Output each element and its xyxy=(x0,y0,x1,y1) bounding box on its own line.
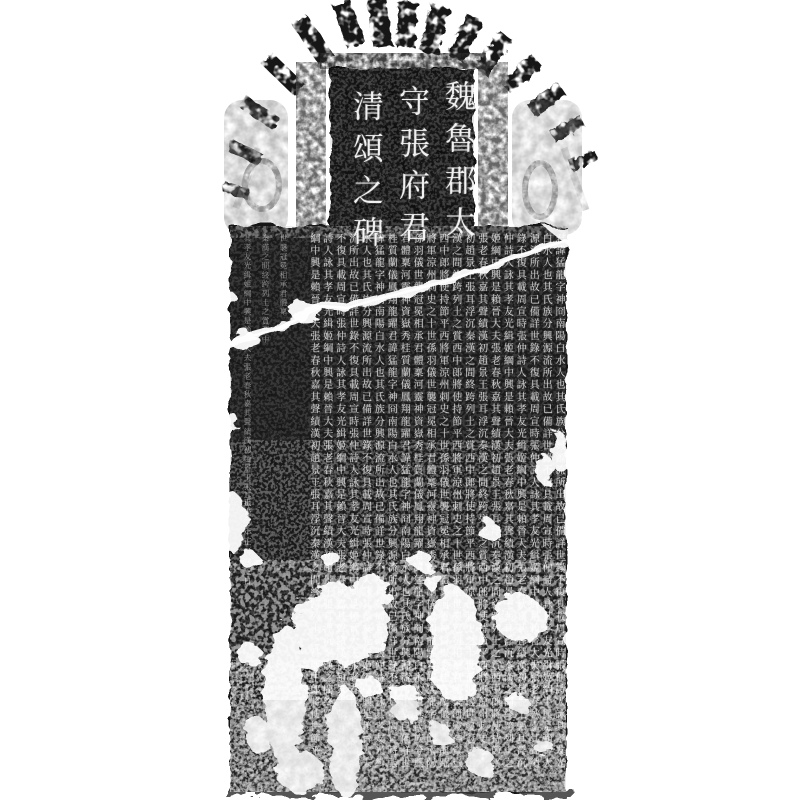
title-column-2: 守張府君 xyxy=(390,85,426,253)
inscription-column: 漢之間終跨列土之賞西中郎將使持節平西將軍涼州刺史之十世孫羽儀世襲冠冕相承君體稟河… xyxy=(447,233,460,770)
inscription-column: 姬綱中興是賴晉大夫張老春秋嘉其聲績漢初趙景王張耳浮沉秦漢之間終跨列土之賞西中郎將… xyxy=(486,233,499,770)
inscription-column: 不復具載周宣時張仲詩人詠其孝友光緝姬綱中興是賴晉大夫張老春秋嘉其聲績漢初趙景王張… xyxy=(331,233,344,770)
inscription-column: 詩人詠其孝友光緝姬綱中興是賴晉大夫張老春秋嘉其聲績漢初趙景王張耳浮沉秦漢之間終跨… xyxy=(318,233,331,770)
inscription-column: 西中郎將使持節平西將軍涼州刺史之十世孫羽儀世襲冠冕相承君體稟河靈神資嶽秀桂質蘭儀… xyxy=(434,233,447,770)
inscription-column: 桂質蘭儀鳳翔龍躍君諱猛龍字神冏南陽白水人也其氏族分興源流所出故已備詳世錄不復具載… xyxy=(382,233,395,770)
inscription-column: 源流所出故已備詳世錄不復具載周宣時張仲詩人詠其孝友光緝姬綱中興是賴晉大夫張老春秋… xyxy=(524,233,537,770)
side-inscription-column: 秦漢之間終跨列土之賞西中 xyxy=(259,234,269,344)
inscription-column: 君體稟河靈神資嶽秀桂質蘭儀鳳翔龍躍君諱猛龍字神冏南陽白水人也其氏族分興源流所出故… xyxy=(395,233,408,770)
inscription-column: 張老春秋嘉其聲績漢初趙景王張耳浮沉秦漢之間終跨列土之賞西中郎將使持節平西將軍涼州… xyxy=(473,233,486,770)
inscription-column: 綱中興是賴晉大夫張老春秋嘉其聲績漢初趙景王張耳浮沉秦漢之間終跨列土之賞西中郎將使… xyxy=(305,233,318,770)
side-inscription-column: 其孝友光緝姬綱中興是賴晉大夫張老春秋嘉其聲績漢初趙景王張耳浮 xyxy=(241,234,251,510)
inscription-column: 將軍涼州刺史之十世孫羽儀世襲冠冕相承君體稟河靈神資嶽秀桂質蘭儀鳳翔龍躍君諱猛龍字… xyxy=(421,233,434,770)
inscription-column: 初趙景王張耳浮沉秦漢之間終跨列土之賞西中郎將使持節平西將軍涼州刺史之十世孫羽儀世… xyxy=(460,233,473,770)
inscription-text-layer: 魏魯郡太 守張府君 清頌之碑 君諱猛龍字神冏南陽白水人也其氏族分興源流所出故已備… xyxy=(0,0,800,800)
side-inscription-column: 世襲冠冕相承君體稟 xyxy=(277,234,287,317)
date-column: 正光三年正月廿三日 xyxy=(240,498,251,587)
title-column-1: 魏魯郡太 xyxy=(436,80,472,248)
inscription-column: 仲詩人詠其孝友光緝姬綱中興是賴晉大夫張老春秋嘉其聲績漢初趙景王張耳浮沉秦漢之間終… xyxy=(498,233,511,770)
inscription-column: 君諱猛龍字神冏南陽白水人也其氏族分興源流所出故已備詳世錄不復具載周宣時張仲詩人詠… xyxy=(550,233,563,770)
inscription-column: 水人也其氏族分興源流所出故已備詳世錄不復具載周宣時張仲詩人詠其孝友光緝姬綱中興是… xyxy=(357,233,370,770)
inscription-column: 流所出故已備詳世錄不復具載周宣時張仲詩人詠其孝友光緝姬綱中興是賴晉大夫張老春秋嘉… xyxy=(344,233,357,770)
inscription-column: 錄不復具載周宣時張仲詩人詠其孝友光緝姬綱中興是賴晉大夫張老春秋嘉其聲績漢初趙景王… xyxy=(511,233,524,770)
inscription-column: 白水人也其氏族分興源流所出故已備詳世錄不復具載周宣時張仲詩人詠其孝友光緝姬綱中興… xyxy=(537,233,550,770)
inscription-column: 孫羽儀世襲冠冕相承君體稟河靈神資嶽秀桂質蘭儀鳳翔龍躍君諱猛龍字神冏南陽白水人也其… xyxy=(408,233,421,770)
stele-rubbing-image: 魏魯郡太 守張府君 清頌之碑 君諱猛龍字神冏南陽白水人也其氏族分興源流所出故已備… xyxy=(0,0,800,800)
inscription-column: 諱猛龍字神冏南陽白水人也其氏族分興源流所出故已備詳世錄不復具載周宣時張仲詩人詠其… xyxy=(369,233,382,770)
